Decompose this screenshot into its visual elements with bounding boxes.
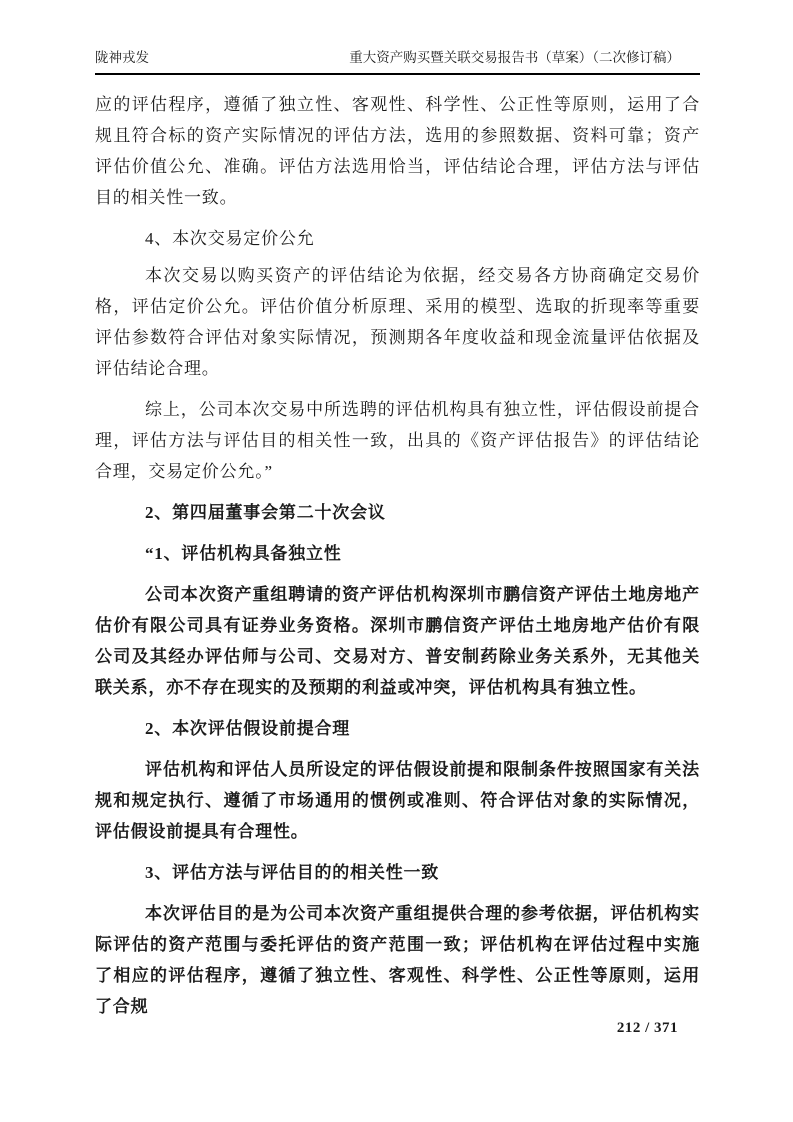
header-company-name: 陇神戎发	[95, 48, 149, 68]
paragraph-bold: 公司本次资产重组聘请的资产评估机构深圳市鹏信资产评估土地房地产估价有限公司具有证…	[95, 579, 700, 703]
paragraph-continuation: 应的评估程序，遵循了独立性、客观性、科学性、公正性等原则，运用了合规且符合标的资…	[95, 89, 700, 213]
section-heading-board-meeting: 2、第四届董事会第二十次会议	[95, 497, 700, 528]
document-body: 应的评估程序，遵循了独立性、客观性、科学性、公正性等原则，运用了合规且符合标的资…	[95, 89, 700, 1022]
section-heading-method-relevance: 3、评估方法与评估目的的相关性一致	[95, 857, 700, 888]
page-header: 陇神戎发 重大资产购买暨关联交易报告书（草案）（二次修订稿）	[95, 48, 700, 75]
page-number: 212 / 371	[617, 1020, 678, 1037]
section-heading-assumptions: 2、本次评估假设前提合理	[95, 713, 700, 744]
document-page: 陇神戎发 重大资产购买暨关联交易报告书（草案）（二次修订稿） 应的评估程序，遵循…	[0, 0, 793, 1122]
paragraph-bold: 本次评估目的是为公司本次资产重组提供合理的参考依据，评估机构实际评估的资产范围与…	[95, 898, 700, 1022]
section-heading-independence: “1、评估机构具备独立性	[95, 538, 700, 569]
header-document-title: 重大资产购买暨关联交易报告书（草案）（二次修订稿）	[349, 48, 680, 68]
page-content: 陇神戎发 重大资产购买暨关联交易报告书（草案）（二次修订稿） 应的评估程序，遵循…	[95, 48, 700, 1032]
paragraph-summary: 综上，公司本次交易中所选聘的评估机构具有独立性，评估假设前提合理，评估方法与评估…	[95, 394, 700, 487]
paragraph: 本次交易以购买资产的评估结论为依据，经交易各方协商确定交易价格，评估定价公允。评…	[95, 260, 700, 384]
section-heading-pricing-fair: 4、本次交易定价公允	[95, 223, 700, 254]
paragraph-bold: 评估机构和评估人员所设定的评估假设前提和限制条件按照国家有关法规和规定执行、遵循…	[95, 754, 700, 847]
